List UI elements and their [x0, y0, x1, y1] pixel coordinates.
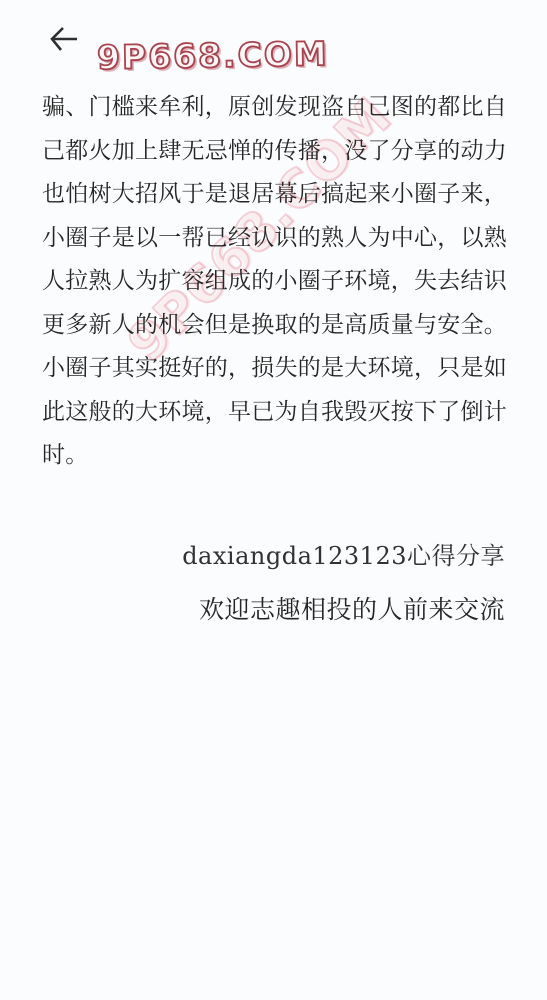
signature-block: daxiangda123123心得分享 欢迎志趣相投的人前来交流: [42, 536, 505, 626]
signature-welcome: 欢迎志趣相投的人前来交流: [42, 590, 505, 626]
back-arrow-icon: [44, 20, 82, 58]
site-watermark-logo: 9P668.COM: [97, 34, 329, 77]
signature-author: daxiangda123123心得分享: [42, 536, 505, 571]
back-button[interactable]: [44, 20, 82, 58]
article-paragraph: 骗、门槛来牟利，原创发现盗自己图的都比自己都火加上肆无忌惮的传播，没了分享的动力…: [42, 85, 507, 477]
article-screen: 9P668.COM 9P668.COM 骗、门槛来牟利，原创发现盗自己图的都比自…: [0, 0, 547, 1000]
